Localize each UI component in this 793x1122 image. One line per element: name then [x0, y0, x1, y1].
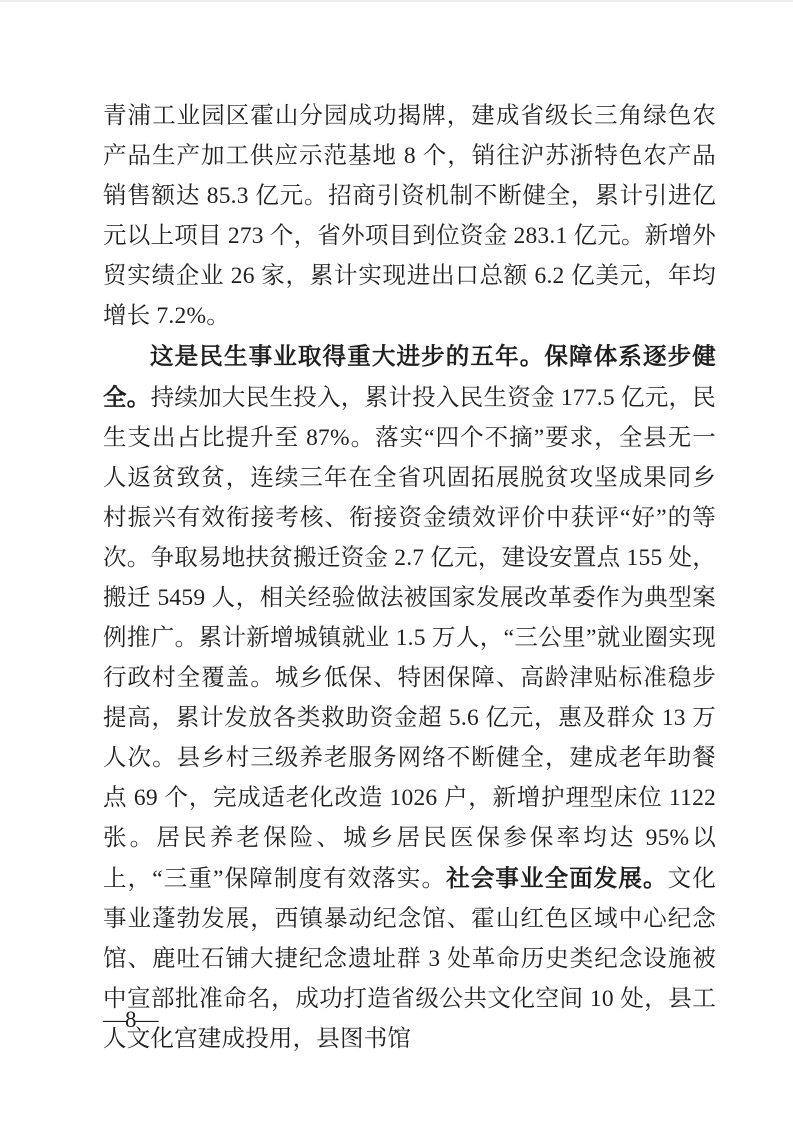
page-number: —8— [103, 1005, 158, 1035]
body-text: 青浦工业园区霍山分园成功揭牌，建成省级长三角绿色农产品生产加工供应示范基地 8 … [103, 103, 716, 329]
paragraph: 这是民生事业取得重大进步的五年。保障体系逐步健全。持续加大民生投入，累计投入民生… [103, 336, 716, 1059]
body-text: 持续加大民生投入，累计投入民生资金 177.5 亿元，民生支出占比提升至 87%… [103, 385, 716, 892]
bold-emphasis-text: 社会事业全面发展。 [446, 865, 668, 891]
paragraph: 青浦工业园区霍山分园成功揭牌，建成省级长三角绿色农产品生产加工供应示范基地 8 … [103, 96, 716, 336]
page-top-edge [0, 0, 793, 2]
body-text: 文化事业蓬勃发展，西镇暴动纪念馆、霍山红色区域中心纪念馆、鹿吐石铺大捷纪念遗址群… [103, 866, 716, 1052]
document-page: 青浦工业园区霍山分园成功揭牌，建成省级长三角绿色农产品生产加工供应示范基地 8 … [0, 0, 793, 1122]
page-body-text: 青浦工业园区霍山分园成功揭牌，建成省级长三角绿色农产品生产加工供应示范基地 8 … [103, 96, 716, 1059]
